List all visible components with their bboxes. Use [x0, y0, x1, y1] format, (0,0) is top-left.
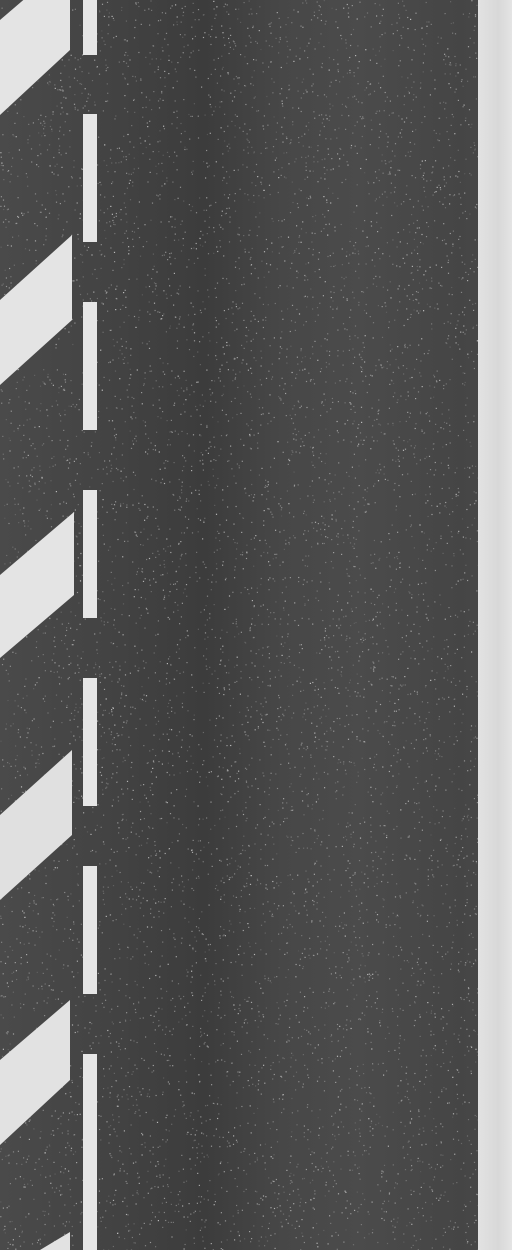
road-edge-line — [478, 0, 512, 1250]
lane-dash — [83, 866, 97, 994]
road-surface — [0, 0, 512, 1250]
lane-dash — [83, 114, 97, 242]
hatch-stripes — [0, 0, 80, 1250]
lane-dash — [83, 0, 97, 55]
lane-dash — [83, 1054, 97, 1250]
lane-dash — [83, 490, 97, 618]
lane-dash — [83, 678, 97, 806]
lane-dash — [83, 302, 97, 430]
